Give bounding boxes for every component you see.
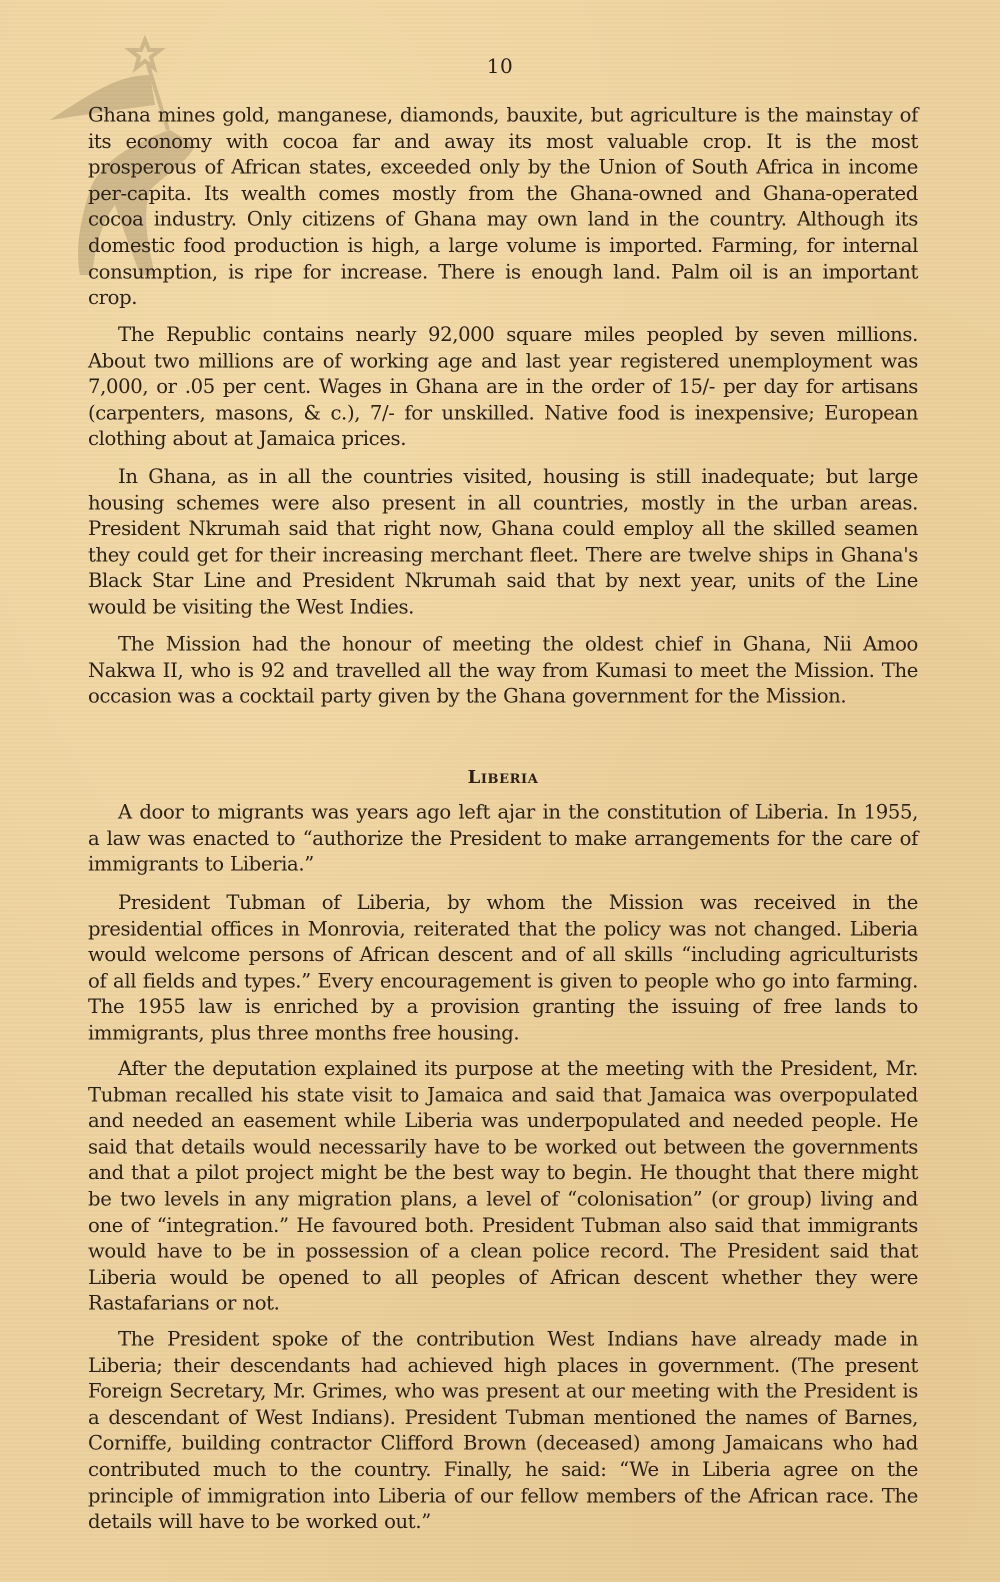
- paragraph-ghana-population: The Republic contains nearly 92,000 squa…: [88, 321, 918, 452]
- ghana-section: Ghana mines gold, manganese, diamonds, b…: [88, 104, 918, 709]
- paragraph-ghana-economy: Ghana mines gold, manganese, diamonds, b…: [88, 102, 918, 311]
- paragraph-ghana-chief: The Mission had the honour of meeting th…: [88, 632, 918, 710]
- paragraph-liberia-west-indians: The President spoke of the contribution …: [88, 1326, 918, 1535]
- paragraph-liberia-tubman-policy: President Tubman of Liberia, by whom the…: [88, 889, 918, 1046]
- page-number: 10: [0, 54, 1000, 78]
- paragraph-liberia-deputation: After the deputation explained its purpo…: [88, 1056, 918, 1317]
- paragraph-ghana-housing: In Ghana, as in all the countries visite…: [88, 463, 918, 620]
- section-heading-liberia: Liberia: [88, 767, 918, 788]
- document-page: 10 Ghana mines gold, manganese, diamonds…: [0, 0, 1000, 1582]
- page-body: Ghana mines gold, manganese, diamonds, b…: [88, 104, 918, 1547]
- liberia-section: Liberia A door to migrants was years ago…: [88, 767, 918, 1533]
- paragraph-liberia-constitution: A door to migrants was years ago left aj…: [88, 799, 918, 877]
